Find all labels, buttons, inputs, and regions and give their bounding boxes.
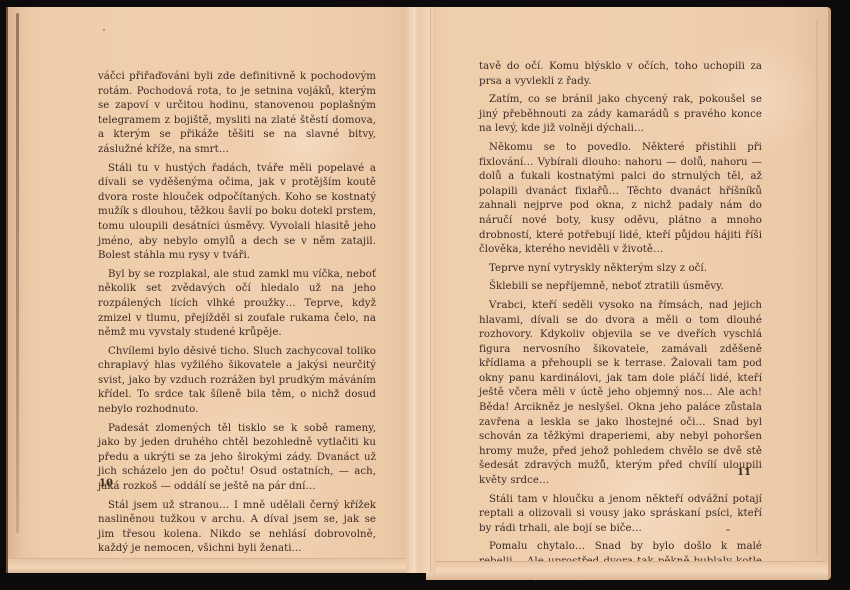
paragraph: Stáli tu v hustých řadách, tváře měli po… bbox=[98, 162, 376, 264]
paragraph: Přísní páni chodili okolo nich a dívali … bbox=[98, 561, 376, 576]
paragraph: Stál jsem už stranou… I mně udělali čern… bbox=[98, 499, 376, 557]
paragraph: Pomalu chytalo… Snad by bylo došlo k mal… bbox=[479, 540, 762, 584]
paragraph: Stáli tam v hloučku a jenom někteří odvá… bbox=[479, 493, 762, 537]
right-page: tavě do očí. Komu blýsklo v očích, toho … bbox=[426, 7, 831, 580]
paragraph: tavě do očí. Komu blýsklo v očích, toho … bbox=[479, 60, 762, 89]
paragraph: váčci přiřaďováni byli zde definitivně k… bbox=[98, 70, 376, 158]
paragraph: Vrabci, kteří seděli vysoko na římsách, … bbox=[479, 299, 762, 489]
paragraph: Zatím, co se bránil jako chycený rak, po… bbox=[479, 93, 762, 137]
scanned-book-spread: váčci přiřaďováni byli zde definitivně k… bbox=[0, 0, 850, 590]
paragraph: Teprve nyní vytryskly některým slzy z oč… bbox=[479, 262, 762, 277]
paragraph: Byl by se rozplakal, ale stud zamkl mu v… bbox=[98, 268, 376, 341]
paragraph: Někomu se to povedlo. Některé přistihli … bbox=[479, 141, 762, 258]
book-gutter bbox=[406, 7, 436, 573]
page-number-left: 10 bbox=[99, 478, 113, 489]
page-number-right: 11 bbox=[737, 467, 751, 478]
left-page-text: váčci přiřaďováni byli zde definitivně k… bbox=[98, 70, 376, 580]
left-page: váčci přiřaďováni byli zde definitivně k… bbox=[6, 7, 416, 573]
paragraph: Chvílemi bylo děsivé ticho. Sluch zachyc… bbox=[98, 345, 376, 418]
right-page-text: tavě do očí. Komu blýsklo v očích, toho … bbox=[479, 60, 762, 588]
paragraph: Padesát zlomených těl tisklo se k sobě r… bbox=[98, 422, 376, 495]
open-book: váčci přiřaďováni byli zde definitivně k… bbox=[6, 7, 840, 580]
paragraph: Šklebili se nepříjemně, neboť ztratili ú… bbox=[479, 280, 762, 295]
